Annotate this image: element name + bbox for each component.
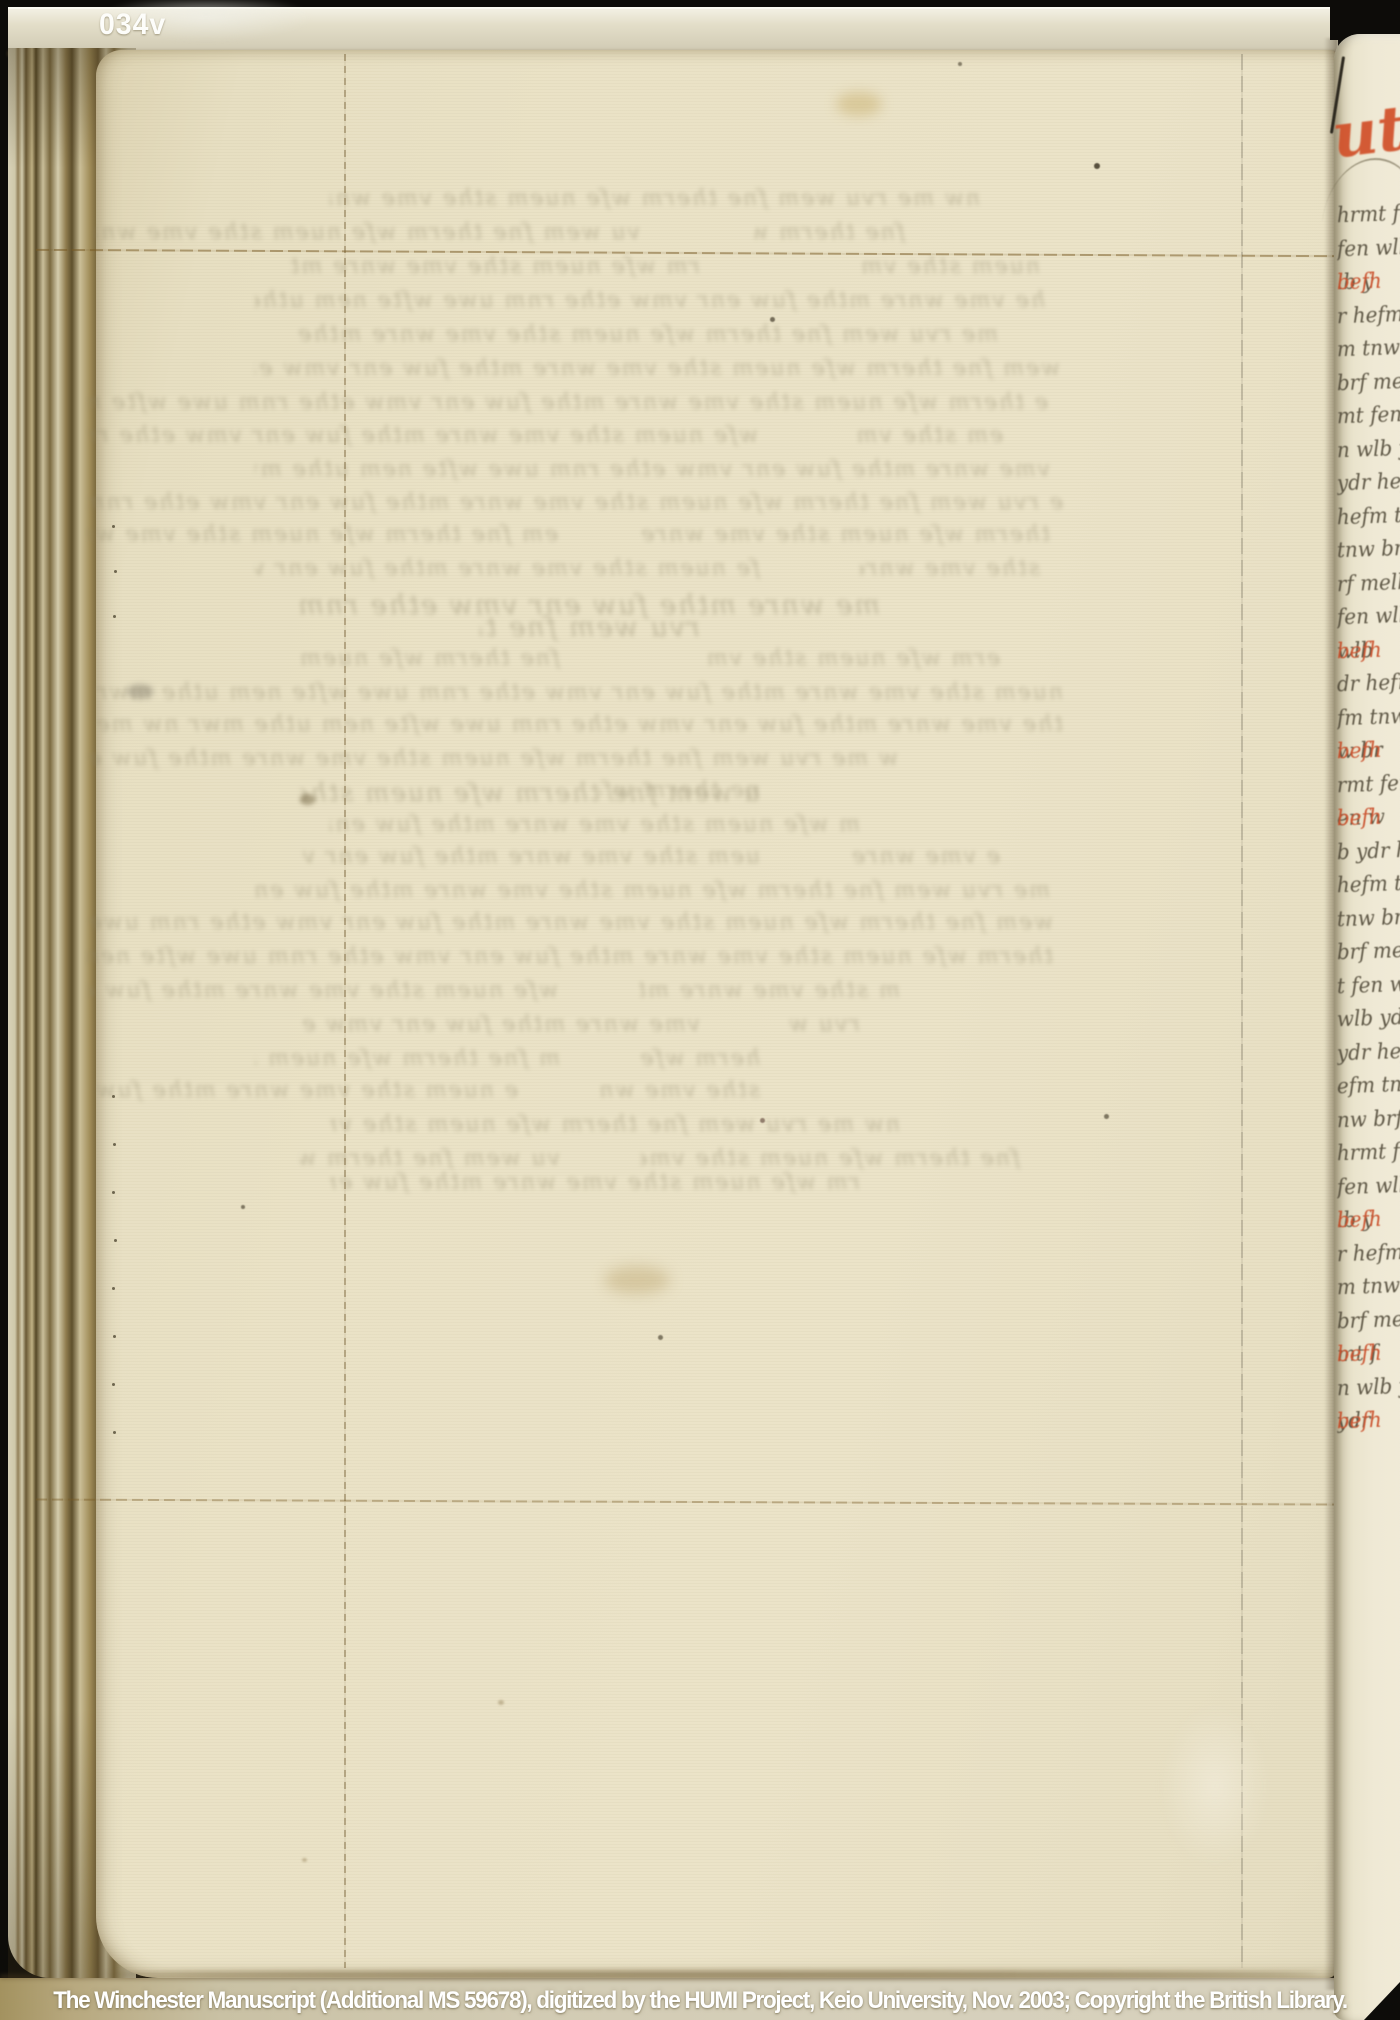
recto-text-line: r hefm tn: [1337, 303, 1400, 332]
pricking-dot: [114, 1239, 117, 1242]
ghost-show-through-line: uem sthe vme wnre mthe fuw enr vmw ethe: [300, 846, 760, 876]
ghost-show-through-line: fne therm wfe: [755, 222, 905, 252]
recto-text-line: rmt fen w: [1337, 772, 1400, 801]
ghost-show-through-line: fe nuem sthe vme wnre mthe fuw enr vmw e…: [255, 558, 760, 588]
recto-text-line: brf melh: [1337, 1308, 1400, 1337]
recto-text-line: hrmt fen: [1337, 203, 1400, 232]
ghost-show-through-line: me rvu wem fne therm wfe nuem sthe vme w…: [255, 880, 1050, 910]
folio-number-label: 034v: [99, 8, 166, 42]
facing-recto-page-sliver: ut hrmt fen fen wlb ylb y befhr hefm tnm…: [1330, 0, 1400, 2020]
recto-text-line: efm tnw b: [1337, 1074, 1400, 1103]
recto-text-line: hefm tnw: [1337, 873, 1400, 902]
ghost-show-through-line: wem fne therm wfe nuem sthe vme wnre mth…: [255, 358, 1060, 388]
stain-spot: [241, 1205, 245, 1209]
ghost-show-through-line: nw me rvu wem fne therm wfe nuem sthe vm…: [330, 188, 980, 218]
ghost-show-through-line: wfe nuem sthe vme wnre mthe fuw enr vmw …: [88, 425, 758, 455]
stain-spot: [958, 62, 962, 66]
pricking-dot: [113, 1335, 116, 1338]
recto-text-line: dr hefm t: [1337, 672, 1400, 701]
ghost-show-through-line: me rvu wem fne therm wfe nuem sthe vme w…: [298, 324, 998, 354]
pricking-dot: [112, 1095, 115, 1098]
ghost-show-through-line: m wfe nuem sthe vme wnre mthe fuw enr vm…: [330, 814, 860, 844]
recto-text-line: mt fen wl: [1337, 404, 1400, 433]
recto-text-line: ydr befh: [1337, 1409, 1400, 1438]
ghost-show-through-line: herm wfe n: [640, 1048, 760, 1078]
ghost-show-through-line: nw me rvu wem fne therm wfe nuem sthe vm…: [330, 1114, 900, 1144]
ghost-show-through-line: vme wnre mthe fuw enr vmw ethe rnm: [300, 1014, 700, 1044]
ghost-show-through-line: fne therm wfe nuem st: [300, 648, 560, 678]
recto-text-line: brf melh: [1337, 940, 1400, 969]
recto-text-line: lb y befh: [1337, 270, 1400, 299]
recto-text-line: n wlb ydr: [1337, 1375, 1400, 1404]
recto-text-line: wlb ydr: [1337, 1007, 1400, 1036]
ghost-show-through-line: he vme wnre mthe fuw enr vmw ethe rnm uw…: [255, 290, 1045, 320]
recto-text-line: m tnw brf: [1337, 337, 1400, 366]
ruling-line-vertical-left: [344, 54, 346, 1968]
ghost-show-through-line: ne therm wfe: [600, 780, 760, 810]
stain-spot: [498, 1700, 504, 1705]
pricking-dot: [113, 1431, 116, 1434]
recto-text-line: en w befh: [1337, 806, 1400, 835]
recto-text-line: ydr hefm: [1337, 471, 1400, 500]
digitized-manuscript-photo: nw me rvu wem fne therm wfe nuem sthe vm…: [0, 0, 1400, 2020]
ghost-show-through-line: e nuem sthe vme wnre mthe fuw enr vmw: [88, 1080, 518, 1110]
recto-text-line: b ydr hef: [1337, 839, 1400, 868]
recto-red-rubric-word: befh: [1337, 639, 1383, 662]
recto-text-column: hrmt fen fen wlb ylb y befhr hefm tnm tn…: [1330, 0, 1400, 2020]
stain-spot: [300, 794, 315, 805]
stain-spot: [760, 1118, 765, 1123]
recto-text-line: t fen wlb: [1337, 973, 1400, 1002]
ghost-show-through-line: therm wfe nuem sthe vme wnre mthe fuw en…: [88, 946, 1053, 976]
pricking-dot: [112, 525, 115, 528]
ghost-show-through-line: vme wnre mthe fuw enr vmw ethe rnm uwe w…: [255, 459, 1050, 489]
ghost-show-through-line: nuem sthe vme w: [860, 256, 1040, 286]
ghost-show-through-line: rvu w: [790, 1014, 860, 1044]
recto-text-line: w br befh: [1337, 739, 1400, 768]
stain-spot: [836, 92, 882, 116]
recto-text-line: fm tnw br: [1337, 705, 1400, 734]
recto-text-line: fen wlb: [1337, 605, 1400, 634]
ghost-show-through-line: rm wfe nuem sthe vme wnre mthe fuw enr v…: [330, 1172, 860, 1202]
recto-text-line: fen wlb y: [1337, 1174, 1400, 1203]
pricking-dot: [114, 570, 117, 573]
recto-red-rubric-word: befh: [1337, 1343, 1383, 1366]
stain-spot: [1104, 1114, 1109, 1119]
recto-text-line: lb y befh: [1337, 1208, 1400, 1237]
stain-spot: [604, 1266, 670, 1294]
ghost-show-through-line: e rvu wem fne therm wfe nuem sthe vme wn…: [88, 492, 1063, 522]
ghost-show-through-line: nuem sthe vme wnre mthe fuw enr vmw ethe…: [88, 682, 1063, 712]
ghost-show-through-line: sthe vme wnre: [600, 1080, 760, 1110]
recto-red-rubric-word: befh: [1337, 1209, 1383, 1232]
ghost-show-through-line: m fne therm wfe nuem sthe: [255, 1048, 560, 1078]
ghost-show-through-line: erm wfe nuem sthe vme wnr: [705, 648, 1000, 678]
ghost-show-through-line: wem fne therm wfe nuem sthe vme wnre mth…: [88, 912, 1053, 942]
recto-text-line: fen wlb y: [1337, 236, 1400, 265]
ghost-show-through-line: em fne therm wfe nuem sthe vme wnre mthe: [88, 524, 558, 554]
ruling-line-vertical-right: [1241, 54, 1243, 1968]
recto-text-line: brf melh: [1337, 370, 1400, 399]
stain-spot: [658, 1335, 663, 1340]
stain-spot: [126, 684, 154, 699]
recto-text-line: ydr hefm: [1337, 1040, 1400, 1069]
ghost-show-through-line: em sthe vme: [858, 425, 1003, 455]
ghost-show-through-line: rm wfe nuem sthe vme wnre mthe fuw: [290, 256, 700, 286]
ghost-show-through-line: therm wfe nuem sthe vme wnre mthe f: [640, 524, 1050, 554]
recto-text-line: tnw brf m: [1337, 538, 1400, 567]
recto-red-rubric-word: befh: [1337, 807, 1383, 830]
pricking-dot: [113, 615, 116, 618]
recto-text-line: rf melh y: [1337, 571, 1400, 600]
pricking-dot: [112, 1191, 115, 1194]
ghost-show-through-line: w me rvu wem fne therm wfe nuem sthe vme…: [88, 748, 898, 778]
recto-text-line: mt f befh: [1337, 1342, 1400, 1371]
ghost-show-through-line: the vme wnre mthe fuw enr vmw ethe rnm u…: [88, 714, 1063, 744]
recto-text-line: hrmt fen: [1337, 1141, 1400, 1170]
stain-spot: [1094, 163, 1100, 169]
digitization-caption: The Winchester Manuscript (Additional MS…: [42, 1987, 1358, 2015]
recto-red-rubric-word: befh: [1337, 271, 1383, 294]
recto-text-line: r hefm tn: [1337, 1241, 1400, 1270]
ghost-show-through-line: vu wem fne therm wfe nuem sthe vme wnre …: [95, 222, 640, 252]
verso-surface-flake: [1150, 1690, 1280, 1930]
recto-text-line: nw brf me: [1337, 1107, 1400, 1136]
recto-text-line: wlb befh: [1337, 638, 1400, 667]
pricking-dot: [112, 1383, 115, 1386]
pricking-dot: [112, 1287, 115, 1290]
recto-text-line: m tnw brf: [1337, 1275, 1400, 1304]
ghost-show-through-line: m sthe vme wnre mthe f: [640, 980, 900, 1010]
stain-spot: [302, 1858, 307, 1862]
recto-text-line: n wlb ydr: [1337, 437, 1400, 466]
recto-text-line: tnw brf: [1337, 906, 1400, 935]
ghost-show-through-line: rvu wem fne the: [480, 614, 700, 644]
ghost-show-through-line: sthe vme wnre: [860, 558, 1040, 588]
recto-red-rubric-word: befh: [1337, 1410, 1383, 1433]
stain-spot: [770, 317, 775, 322]
ghost-show-through-line: e vme wnre mt: [840, 846, 1000, 876]
ghost-show-through-line: e therm wfe nuem sthe vme wnre mthe fuw …: [88, 392, 1048, 422]
recto-red-rubric-word: befh: [1337, 740, 1383, 763]
recto-text-line: hefm tnw: [1337, 504, 1400, 533]
pricking-dot: [113, 1143, 116, 1146]
ghost-show-through-line: wfe nuem sthe vme wnre mthe fuw enr vmw …: [88, 980, 558, 1010]
